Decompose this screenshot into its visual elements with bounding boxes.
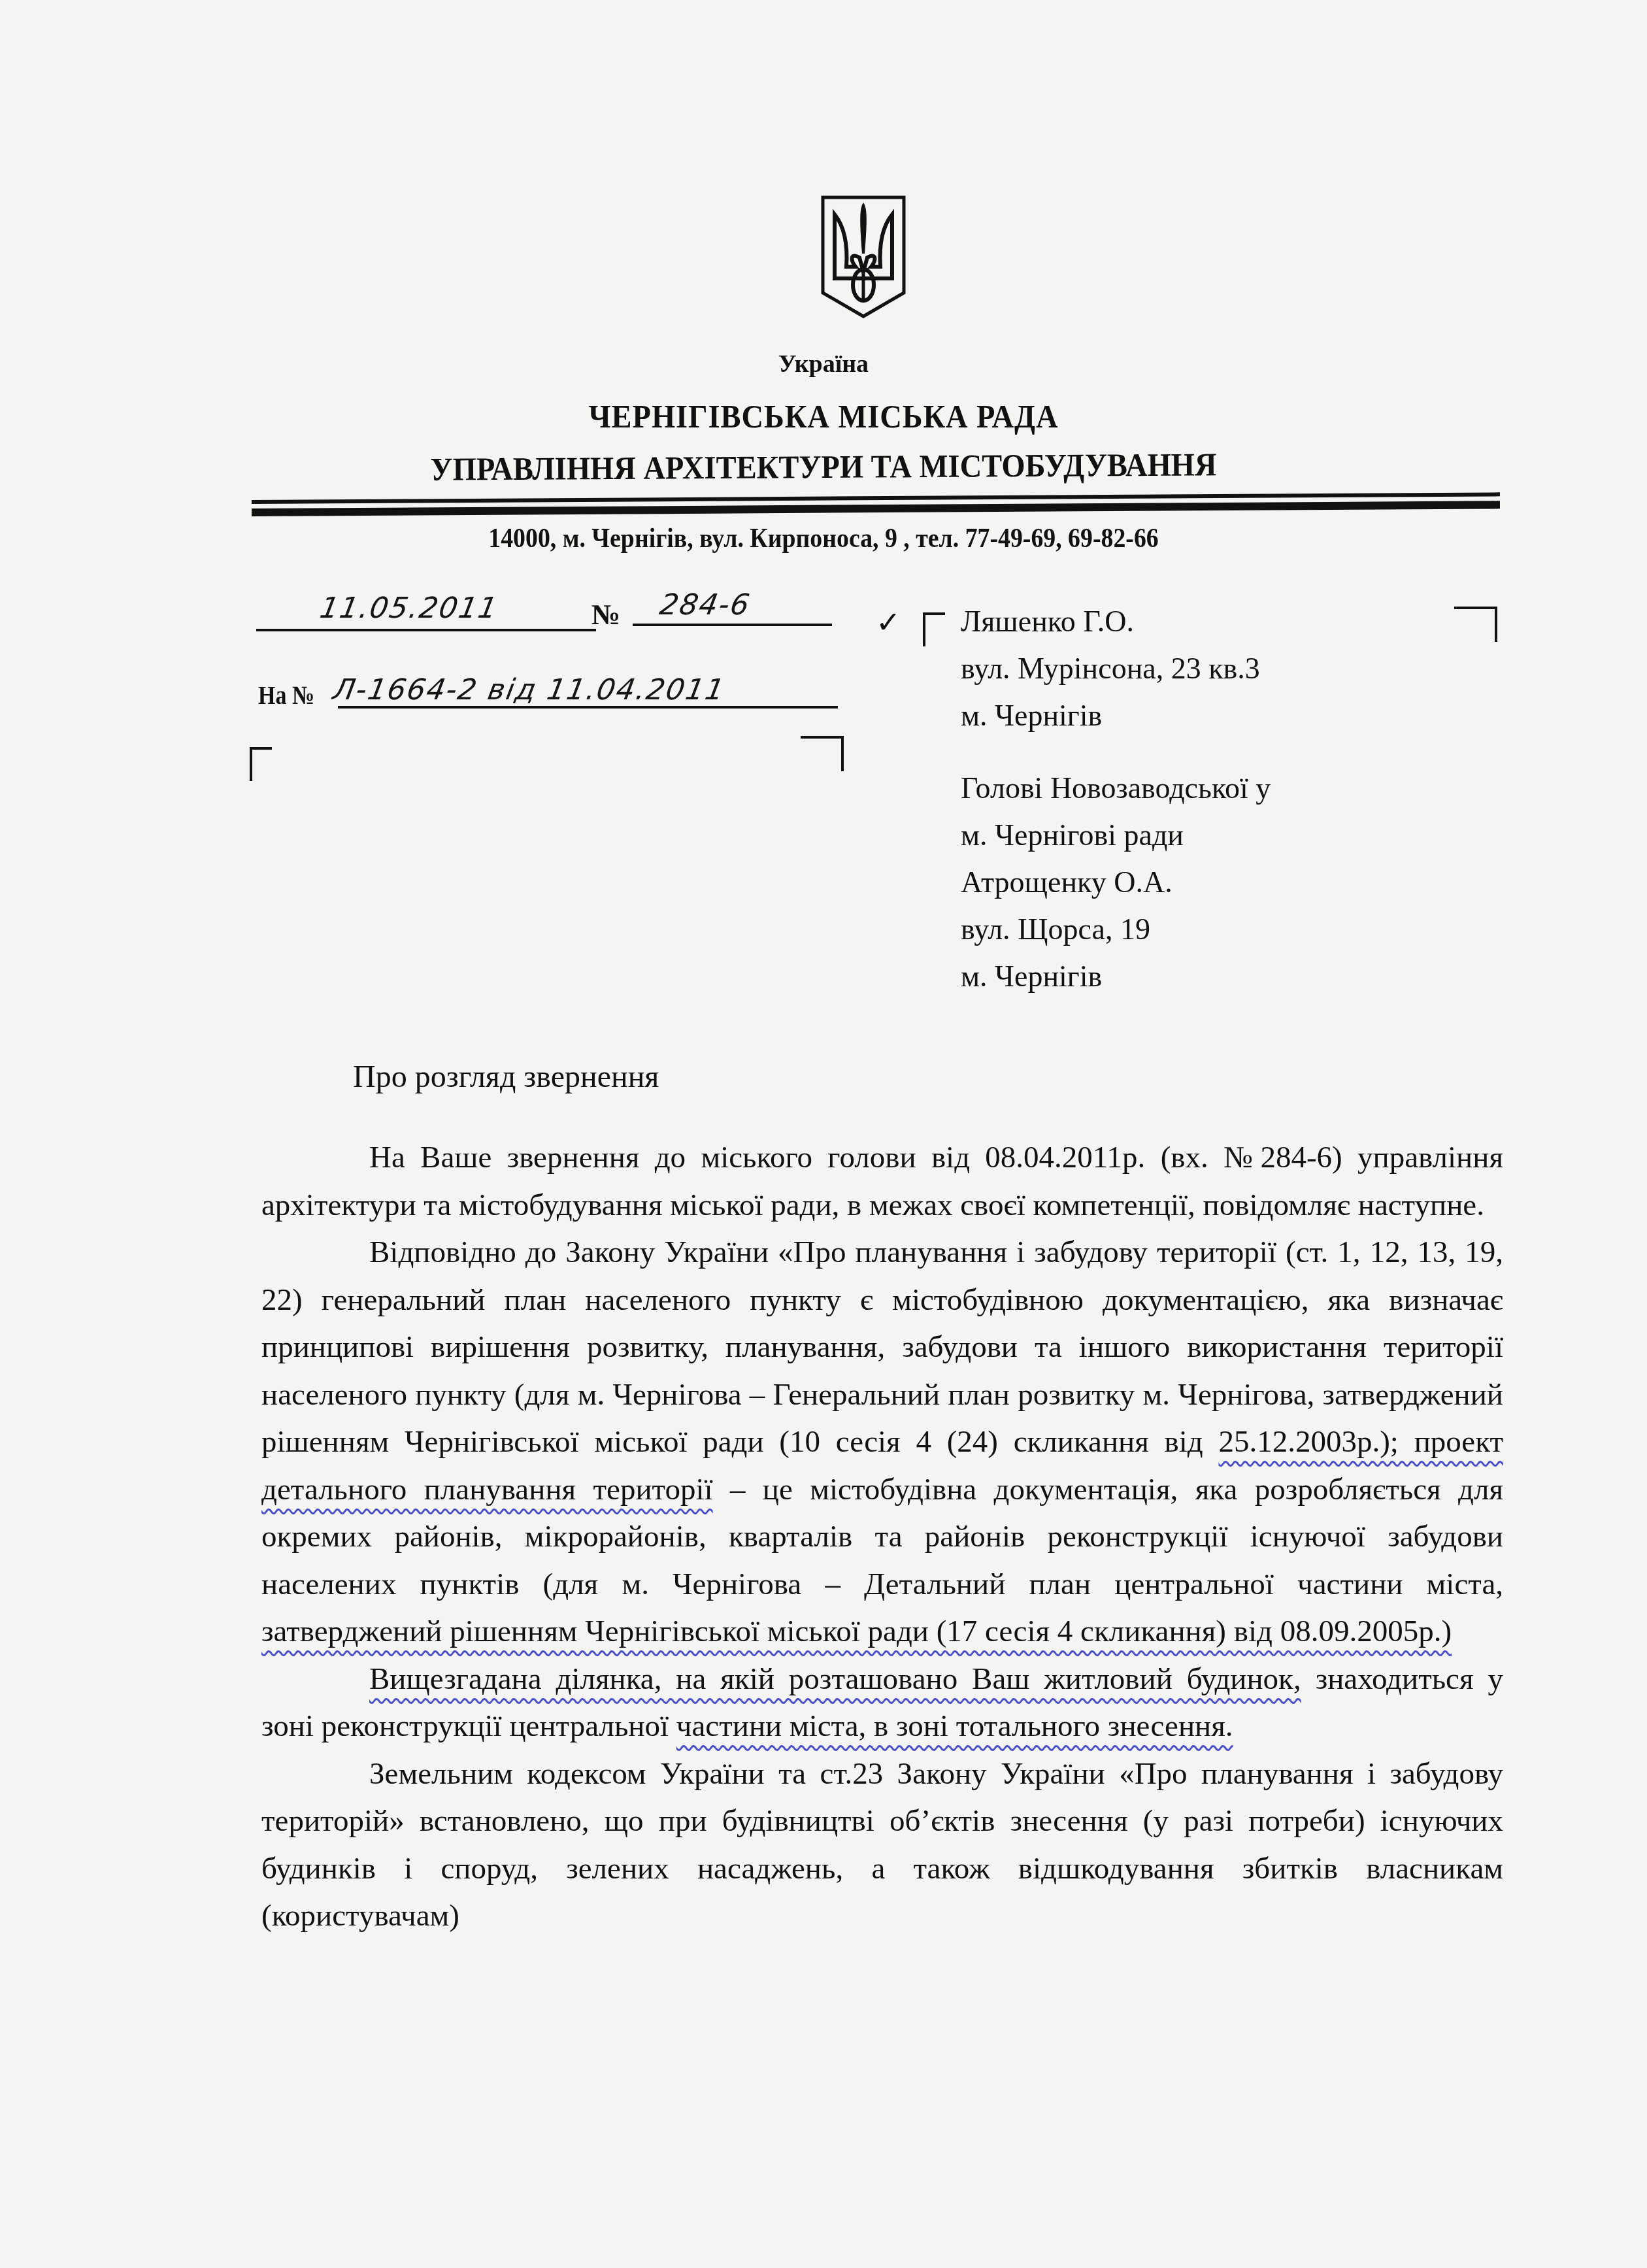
recipient-1-name: Ляшенко Г.О. <box>961 598 1260 645</box>
pen-underlined-text: Вищезгадана ділянка, на якій розташовано… <box>369 1662 1301 1696</box>
outgoing-date: 11.05.2011 <box>318 592 501 625</box>
recipient-2-line-2: м. Чернігові ради <box>961 812 1271 859</box>
address-window-corner-tr <box>801 736 844 771</box>
recipient-corner-tr <box>1454 607 1497 642</box>
letterhead-rule-thick <box>252 501 1500 516</box>
recipient-2-name: Атрощенку О.А. <box>961 859 1271 906</box>
paragraph-4: Земельним кодексом України та ст.23 Зако… <box>261 1750 1503 1940</box>
outgoing-number: 284-6 <box>657 588 754 622</box>
recipient-1-city: м. Чернігів <box>961 692 1260 739</box>
reply-to-reference: Л-1664-2 від 11.04.2011 <box>331 673 728 707</box>
letter-subject: Про розгляд звернення <box>353 1059 659 1095</box>
recipient-2-city: м. Чернігів <box>961 953 1271 1000</box>
paragraph-2: Відповідно до Закону України «Про планув… <box>261 1229 1503 1656</box>
date-field-line <box>256 629 596 631</box>
letterhead-address: 14000, м. Чернігів, вул. Кирпоноса, 9 , … <box>82 523 1565 554</box>
paragraph-1: На Ваше звернення до міського голови від… <box>261 1134 1503 1229</box>
reply-to-label: На № <box>258 680 314 710</box>
coat-of-arms-icon <box>820 195 907 319</box>
number-field-line <box>633 624 832 626</box>
letterhead-council: ЧЕРНІГІВСЬКА МІСЬКА РАДА <box>58 397 1589 435</box>
recipient-corner-tl <box>923 612 945 646</box>
pen-underlined-text: частини міста, в зоні тотального знесенн… <box>676 1709 1233 1743</box>
reply-to-field-line <box>338 706 838 709</box>
number-label: № <box>591 598 620 631</box>
paragraph-3: Вищезгадана ділянка, на якій розташовано… <box>261 1656 1503 1750</box>
letterhead-country: Україна <box>0 350 1647 378</box>
recipient-2: Голові Новозаводської у м. Чернігові рад… <box>961 765 1271 1000</box>
check-mark-icon: ✓ <box>876 605 901 640</box>
recipient-2-street: вул. Щорса, 19 <box>961 906 1271 953</box>
pen-underlined-text: затверджений рішенням Чернігівської місь… <box>261 1614 1452 1648</box>
address-window-corner-tl <box>250 747 272 781</box>
letterhead-department: УПРАВЛІННЯ АРХІТЕКТУРИ ТА МІСТОБУДУВАННЯ <box>58 443 1589 490</box>
letter-body: На Ваше звернення до міського голови від… <box>261 1134 1503 1940</box>
recipient-1: Ляшенко Г.О. вул. Мурінсона, 23 кв.3 м. … <box>961 598 1260 739</box>
recipient-2-line-1: Голові Новозаводської у <box>961 765 1271 812</box>
recipient-1-street: вул. Мурінсона, 23 кв.3 <box>961 645 1260 692</box>
